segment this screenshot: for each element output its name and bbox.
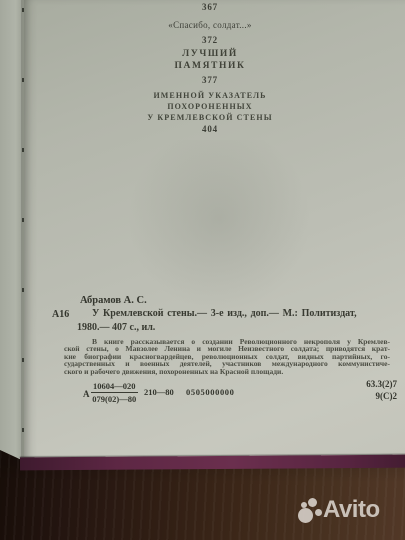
catalog-middle-number: 210—80 <box>144 387 174 397</box>
bibliographic-line-2: 1980.— 407 с., ил. <box>77 322 155 333</box>
table-of-contents: 367 «Спасибо, солдат...» 372 ЛУЧШИЙ ПАМЯ… <box>24 0 396 145</box>
toc-title: ПАМЯТНИК <box>24 61 396 71</box>
book-cover-edge <box>20 455 405 471</box>
avito-logo-dot-icon <box>308 498 317 507</box>
annotation-line: ского и рабочего движения, похороненных … <box>64 368 390 375</box>
catalog-standard-number: 0505000000 <box>186 387 235 397</box>
avito-watermark-label: Avito <box>323 497 380 523</box>
classification-code-top: 63.3(2)7 <box>366 379 397 391</box>
catalog-fraction-denominator: 079(02)—80 <box>91 393 138 404</box>
author-name: Абрамов А. С. <box>80 295 147 306</box>
avito-logo-dot-icon <box>315 509 322 516</box>
page-showthrough <box>124 140 314 315</box>
catalog-numbers-row: А 10604—020 079(02)—80 210—80 0505000000… <box>24 378 405 408</box>
toc-title: ЛУЧШИЙ <box>24 49 396 59</box>
toc-page-number: 377 <box>24 75 396 85</box>
toc-index-title: ИМЕННОЙ УКАЗАТЕЛЬ <box>24 91 396 100</box>
catalog-letter-code: А16 <box>52 309 69 320</box>
toc-page-number: 372 <box>24 35 396 45</box>
avito-logo-dot-icon <box>298 508 313 523</box>
classification-codes: 63.3(2)7 9(С)2 <box>366 379 397 402</box>
avito-logo-dot-icon <box>301 502 307 508</box>
catalog-prefix: А <box>83 389 90 399</box>
catalog-fraction: 10604—020 079(02)—80 <box>91 381 138 404</box>
toc-title: «Спасибо, солдат...» <box>24 20 396 30</box>
classification-code-bottom: 9(С)2 <box>366 391 397 403</box>
toc-page-number: 367 <box>24 2 396 12</box>
bibliographic-line-1: У Кремлевской стены.— 3-е изд., доп.— М.… <box>92 308 357 319</box>
book-imprint-page: 367 «Спасибо, солдат...» 372 ЛУЧШИЙ ПАМЯ… <box>24 0 405 461</box>
toc-index-title: У КРЕМЛЕВСКОЙ СТЕНЫ <box>24 113 396 122</box>
book-photo: 367 «Спасибо, солдат...» 372 ЛУЧШИЙ ПАМЯ… <box>0 0 405 540</box>
toc-index-title: ПОХОРОНЕННЫХ <box>24 102 396 111</box>
catalog-fraction-numerator: 10604—020 <box>91 381 138 393</box>
annotation-paragraph: В книге рассказывается о создании Револю… <box>64 338 390 375</box>
avito-watermark: Avito <box>298 496 398 528</box>
toc-page-number: 404 <box>24 124 396 134</box>
